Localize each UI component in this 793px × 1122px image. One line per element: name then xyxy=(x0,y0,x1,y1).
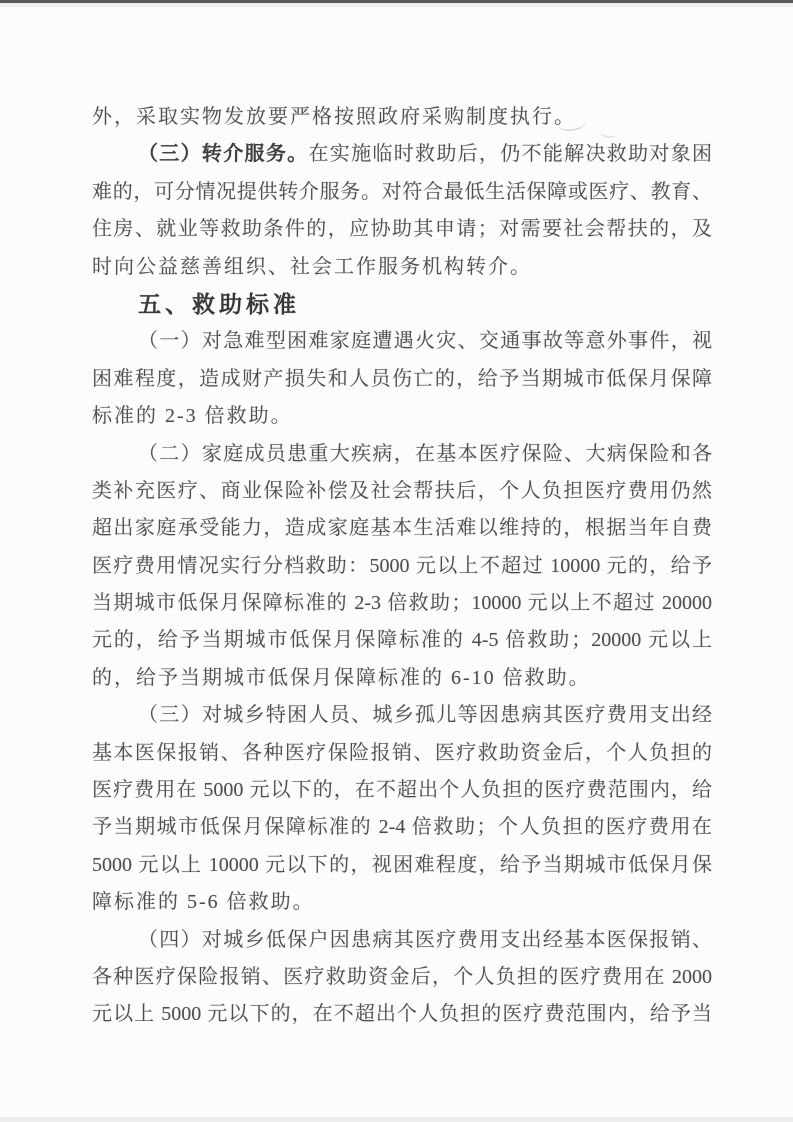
text-line: 难的，可分情况提供转介服务。对符合最低生活保障或医疗、教育、 xyxy=(92,174,712,211)
text-line: 当期城市低保月保障标准的 2-3 倍救助；10000 元以上不超过 20000 xyxy=(92,585,712,622)
text-line: 予当期城市低保月保障标准的 2-4 倍救助；个人负担的医疗费用在 xyxy=(92,809,712,846)
text-line: 医疗费用情况实行分档救助：5000 元以上不超过 10000 元的，给予 xyxy=(92,548,712,585)
text-line: 的，给予当期城市低保月保障标准的 6-10 倍救助。 xyxy=(92,660,712,697)
text-line: 外，采取实物发放要严格按照政府采购制度执行。 xyxy=(92,99,712,136)
text-line: 时向公益慈善组织、社会工作服务机构转介。 xyxy=(92,249,712,286)
text-line: （二）家庭成员患重大疾病，在基本医疗保险、大病保险和各 xyxy=(92,436,712,473)
text-line: （三）转介服务。在实施临时救助后，仍不能解决救助对象困 xyxy=(92,136,712,173)
text-line: 元的，给予当期城市低保月保障标准的 4-5 倍救助；20000 元以上 xyxy=(92,622,712,659)
text-line: 障标准的 5-6 倍救助。 xyxy=(92,884,712,921)
text-line: （一）对急难型困难家庭遭遇火灾、交通事故等意外事件，视 xyxy=(92,323,712,360)
text-line-rest: 在实施临时救助后，仍不能解决救助对象困 xyxy=(308,143,712,165)
text-line: 超出家庭承受能力，造成家庭基本生活难以维持的，根据当年自费 xyxy=(92,510,712,547)
text-line: （四）对城乡低保户因患病其医疗费用支出经基本医保报销、 xyxy=(92,922,712,959)
document-body: 外，采取实物发放要严格按照政府采购制度执行。（三）转介服务。在实施临时救助后，仍… xyxy=(92,99,712,1034)
text-line: （三）对城乡特困人员、城乡孤儿等因患病其医疗费用支出经 xyxy=(92,697,712,734)
document-page: 外，采取实物发放要严格按照政府采购制度执行。（三）转介服务。在实施临时救助后，仍… xyxy=(0,0,793,1122)
scan-edge-top-fade xyxy=(0,3,793,7)
text-line: 困难程度，造成财产损失和人员伤亡的，给予当期城市低保月保障 xyxy=(92,361,712,398)
text-line: 类补充医疗、商业保险补偿及社会帮扶后，个人负担医疗费用仍然 xyxy=(92,473,712,510)
scan-edge-bottom xyxy=(0,1117,793,1122)
text-line: 住房、就业等救助条件的，应协助其申请；对需要社会帮扶的，及 xyxy=(92,211,712,248)
text-line: 基本医保报销、各种医疗保险报销、医疗救助资金后，个人负担的 xyxy=(92,735,712,772)
text-line: 各种医疗保险报销、医疗救助资金后，个人负担的医疗费用在 2000 xyxy=(92,959,712,996)
section-heading: 五、救助标准 xyxy=(92,286,712,323)
text-line: 标准的 2-3 倍救助。 xyxy=(92,398,712,435)
text-line: 5000 元以上 10000 元以下的，视困难程度，给予当期城市低保月保 xyxy=(92,847,712,884)
clause-title: （三）转介服务。 xyxy=(138,143,308,165)
text-line: 元以上 5000 元以下的，在不超出个人负担的医疗费范围内，给予当 xyxy=(92,996,712,1033)
text-line: 医疗费用在 5000 元以下的，在不超出个人负担的医疗费范围内，给 xyxy=(92,772,712,809)
